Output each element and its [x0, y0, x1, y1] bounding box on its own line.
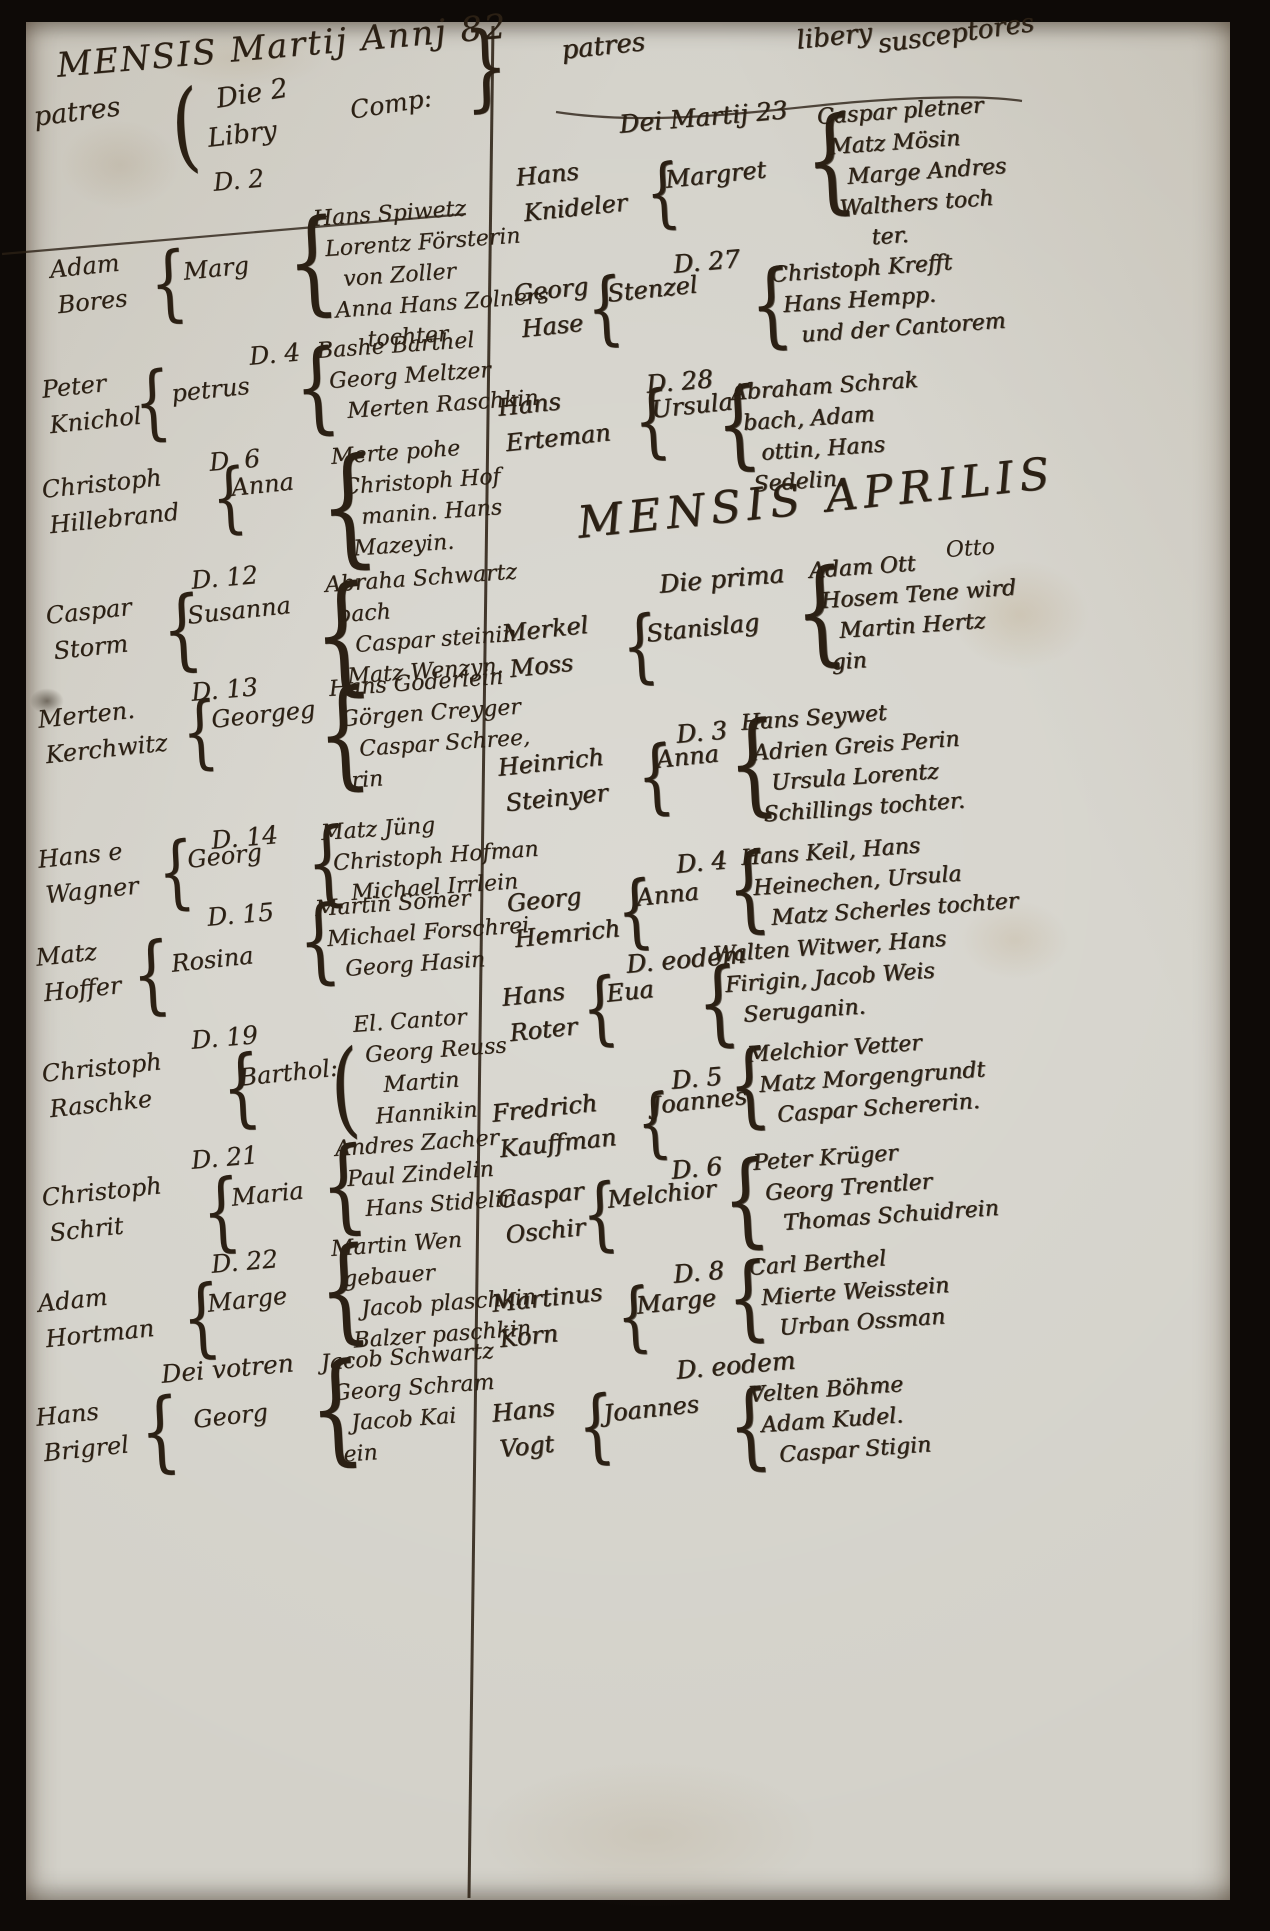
manuscript-page: MENSIS Martij Annj 82 } patres ( Die 2 L…	[0, 0, 1270, 1931]
curly-brace: }	[462, 18, 510, 114]
ruled-lines	[0, 0, 1270, 1931]
left-header-underline	[2, 214, 466, 254]
column-divider-line	[469, 26, 493, 1898]
marginal-note: Otto	[945, 535, 996, 563]
right-header-underline	[556, 97, 1022, 118]
